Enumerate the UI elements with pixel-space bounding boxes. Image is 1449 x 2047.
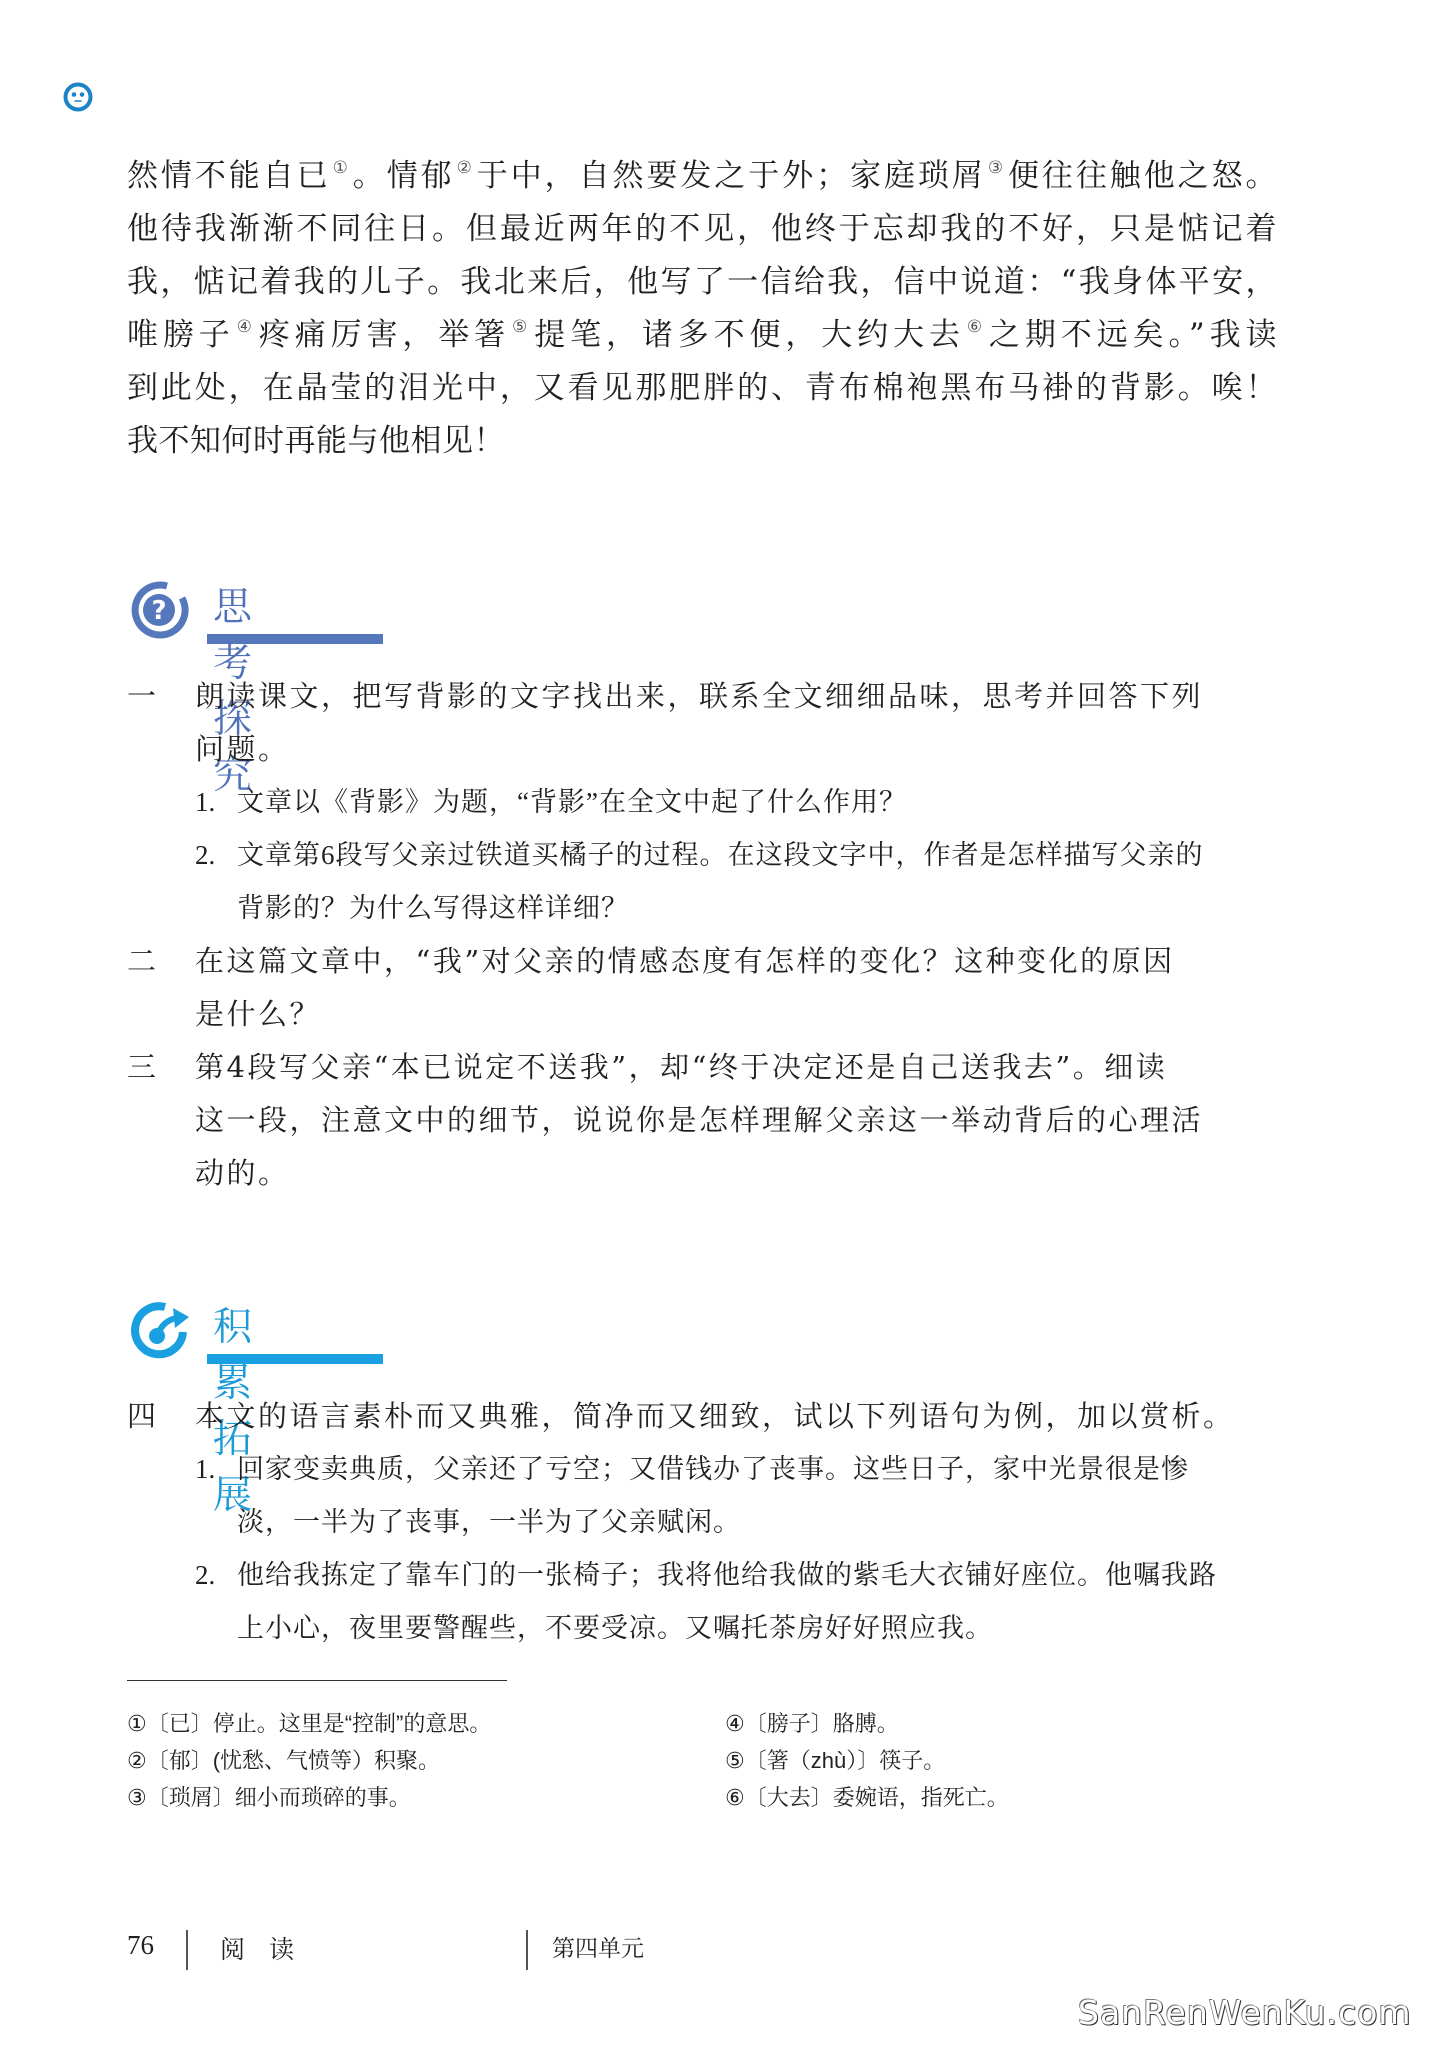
page-number: 76: [127, 1930, 154, 1961]
text-run: 我不知何时再能与他相见！: [127, 423, 505, 459]
section-underline: [207, 634, 383, 644]
sub-question-line: 文章以《背影》为题，“背影”在全文中起了什么作用？: [237, 776, 1275, 829]
footnote-item: ④〔膀子〕胳膊。: [725, 1705, 1009, 1742]
passage-line: 他待我渐渐不同往日。但最近两年的不见，他终于忘却我的不好，只是惦记着: [127, 203, 1277, 256]
footnote-ref[interactable]: ③: [988, 158, 1006, 178]
watermark: SanRenWenKu.com: [1078, 1993, 1412, 2032]
footnote-ref[interactable]: ⑤: [512, 317, 532, 337]
footnote-item: ②〔郁〕(忧愁、气愤等）积聚。: [127, 1742, 491, 1779]
sub-question: 1. 文章以《背影》为题，“背影”在全文中起了什么作用？: [195, 776, 1275, 829]
text-run: 然情不能自已: [127, 158, 331, 194]
question-line: 是什么？: [195, 988, 1277, 1041]
sub-question-line: 上小心，夜里要警醒些，不要受凉。又嘱托茶房好好照应我。: [237, 1602, 1275, 1655]
footnote-ref[interactable]: ②: [457, 158, 475, 178]
question-number: 二: [127, 935, 177, 988]
footnote-item: ⑥〔大去〕委婉语，指死亡。: [725, 1779, 1009, 1816]
text-run: 唯膀子: [127, 317, 235, 353]
smiley-icon: [63, 82, 93, 112]
refresh-arrow-icon: [127, 1298, 191, 1362]
question-line: 朗读课文，把写背影的文字找出来，联系全文细细品味，思考并回答下列: [195, 670, 1277, 723]
sub-question-line: 淡，一半为了丧事，一半为了父亲赋闲。: [237, 1496, 1275, 1549]
question-number: 一: [127, 670, 177, 723]
question-line: 问题。: [195, 723, 1277, 776]
footer-divider: [186, 1930, 188, 1970]
question-line: 动的。: [195, 1147, 1277, 1200]
passage-line: 到此处，在晶莹的泪光中，又看见那肥胖的、青布棉袍黑布马褂的背影。唉！: [127, 362, 1277, 415]
footnote-item: ⑤〔箸（zhù）〕筷子。: [725, 1742, 1009, 1779]
footer-unit-label: 第四单元: [552, 1930, 644, 1963]
question-number: 四: [127, 1390, 177, 1443]
text-run: 之期不远矣。”我读: [989, 317, 1277, 353]
sub-question-number: 1.: [195, 776, 215, 829]
sub-question: 2. 文章第6段写父亲过铁道买橘子的过程。在这段文字中，作者是怎样描写父亲的 背…: [195, 829, 1275, 935]
question-item: 四 本文的语言素朴而又典雅，简净而又细致，试以下列语句为例，加以赏析。: [127, 1390, 1277, 1443]
section-underline: [207, 1354, 383, 1364]
passage-line: 我不知何时再能与他相见！: [127, 415, 1277, 468]
sub-question-line: 文章第6段写父亲过铁道买橘子的过程。在这段文字中，作者是怎样描写父亲的: [237, 829, 1275, 882]
svg-text:?: ?: [151, 596, 166, 626]
text-run: 提笔，诸多不便，大约大去: [534, 317, 965, 353]
question-item: 二 在这篇文章中，“我”对父亲的情感态度有怎样的变化？这种变化的原因 是什么？: [127, 935, 1277, 1041]
text-run: 他待我渐渐不同往日。但最近两年的不见，他终于忘却我的不好，只是惦记着: [127, 211, 1277, 247]
question-line: 第4段写父亲“本已说定不送我”，却“终于决定还是自己送我去”。细读: [195, 1041, 1277, 1094]
footer-divider: [526, 1930, 528, 1970]
footnotes-left-column: ①〔已〕停止。这里是“控制”的意思。 ②〔郁〕(忧愁、气愤等）积聚。 ③〔琐屑〕…: [127, 1705, 491, 1816]
text-run: 。情郁: [353, 158, 455, 194]
text-run: 于中，自然要发之于外；家庭琐屑: [477, 158, 986, 194]
footer-section-label: 阅 读: [220, 1930, 302, 1966]
text-run: 便往往触他之怒。: [1008, 158, 1277, 194]
question-circle-icon: ?: [127, 578, 191, 642]
footnote-ref[interactable]: ①: [333, 158, 351, 178]
question-item: 三 第4段写父亲“本已说定不送我”，却“终于决定还是自己送我去”。细读 这一段，…: [127, 1041, 1277, 1200]
sub-question-number: 1.: [195, 1443, 215, 1496]
question-item: 一 朗读课文，把写背影的文字找出来，联系全文细细品味，思考并回答下列 问题。: [127, 670, 1277, 776]
sub-question: 1. 回家变卖典质，父亲还了亏空；又借钱办了丧事。这些日子，家中光景很是惨 淡，…: [195, 1443, 1275, 1549]
footnote-item: ③〔琐屑〕细小而琐碎的事。: [127, 1779, 491, 1816]
question-line: 本文的语言素朴而又典雅，简净而又细致，试以下列语句为例，加以赏析。: [195, 1390, 1277, 1443]
text-run: 我，惦记着我的儿子。我北来后，他写了一信给我，信中说道：“我身体平安，: [127, 264, 1277, 300]
sub-question-line: 他给我拣定了靠车门的一张椅子；我将他给我做的紫毛大衣铺好座位。他嘱我路: [237, 1549, 1275, 1602]
footnote-ref[interactable]: ⑥: [967, 317, 987, 337]
passage-paragraph: 然情不能自已①。情郁②于中，自然要发之于外；家庭琐屑③便往往触他之怒。 他待我渐…: [127, 150, 1277, 468]
sub-question-line: 回家变卖典质，父亲还了亏空；又借钱办了丧事。这些日子，家中光景很是惨: [237, 1443, 1275, 1496]
text-run: 疼痛厉害，举箸: [259, 317, 510, 353]
passage-line: 唯膀子④疼痛厉害，举箸⑤提笔，诸多不便，大约大去⑥之期不远矣。”我读: [127, 309, 1277, 362]
passage-line: 我，惦记着我的儿子。我北来后，他写了一信给我，信中说道：“我身体平安，: [127, 256, 1277, 309]
sub-question-line: 背影的？为什么写得这样详细？: [237, 882, 1275, 935]
footnotes-right-column: ④〔膀子〕胳膊。 ⑤〔箸（zhù）〕筷子。 ⑥〔大去〕委婉语，指死亡。: [725, 1705, 1009, 1816]
sub-question-number: 2.: [195, 829, 215, 882]
question-number: 三: [127, 1041, 177, 1094]
question-line: 这一段，注意文中的细节，说说你是怎样理解父亲这一举动背后的心理活: [195, 1094, 1277, 1147]
passage-line: 然情不能自已①。情郁②于中，自然要发之于外；家庭琐屑③便往往触他之怒。: [127, 150, 1277, 203]
footnote-divider: [127, 1680, 507, 1681]
footnote-item: ①〔已〕停止。这里是“控制”的意思。: [127, 1705, 491, 1742]
footnote-ref[interactable]: ④: [237, 317, 257, 337]
sub-question-number: 2.: [195, 1549, 215, 1602]
text-run: 到此处，在晶莹的泪光中，又看见那肥胖的、青布棉袍黑布马褂的背影。唉！: [127, 370, 1277, 406]
question-line: 在这篇文章中，“我”对父亲的情感态度有怎样的变化？这种变化的原因: [195, 935, 1277, 988]
sub-question: 2. 他给我拣定了靠车门的一张椅子；我将他给我做的紫毛大衣铺好座位。他嘱我路 上…: [195, 1549, 1275, 1655]
